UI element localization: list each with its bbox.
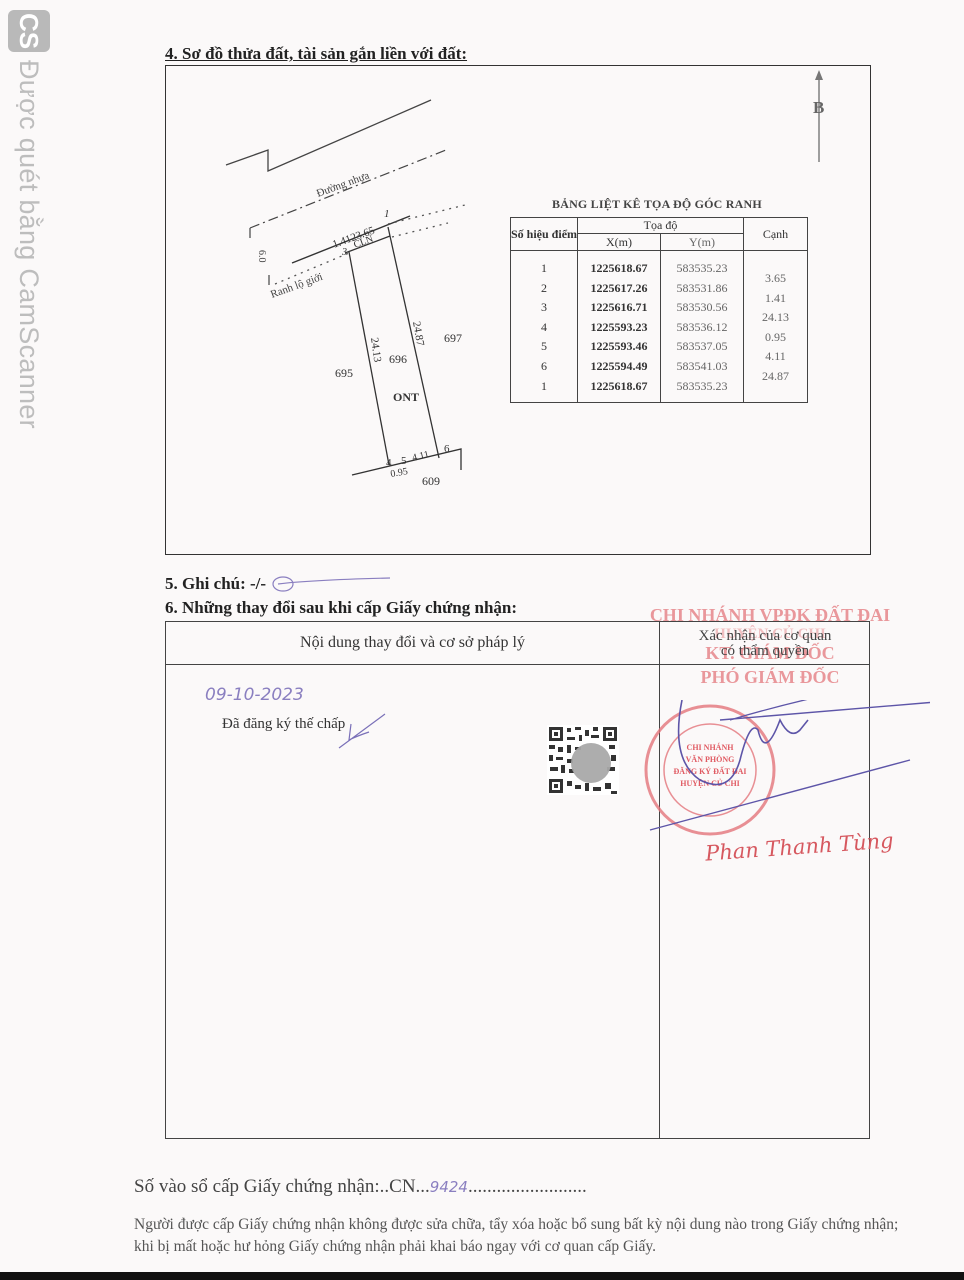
col-y-cell: 583535.23 [661,377,743,397]
north-arrow-icon: B [813,70,824,162]
col-y-cell: 583541.03 [661,357,743,377]
col-edge-cell: 3.65 [744,269,807,289]
registration-number: 9424 [430,1178,468,1196]
point-3-label: 3 [341,247,347,258]
col-x-cell: 1225594.49 [578,357,660,377]
registration-label: Số vào sổ cấp Giấy chứng nhận: [134,1176,380,1197]
col-edge-cell: 24.87 [744,367,807,387]
col-y-cell: 583536.12 [661,318,743,338]
point-5-label: 5 [401,455,407,467]
bottom-right-dim: 4.11 [411,449,430,464]
point-6-label: 6 [444,443,450,455]
col-x-cell: 1225617.26 [578,279,660,299]
registration-prefix: CN [389,1176,415,1197]
seal-text-1: CHI NHÁNH [687,742,735,752]
col-y-cell: 583537.05 [661,337,743,357]
header-coords: Tọa độ [578,218,744,234]
bottom-left-dim: 0.95 [390,466,409,480]
road-label: Đường nhựa [315,170,371,200]
col-points-cell: 3 [511,298,577,318]
section6-title: 6. Những thay đổi sau khi cấp Giấy chứng… [165,598,517,618]
neighbor-bottom: 609 [422,474,440,488]
legal-notice: Người được cấp Giấy chứng nhận không đượ… [134,1214,914,1258]
col-y-cell: 583530.56 [661,298,743,318]
col-y-cell: 583531.86 [661,279,743,299]
authority-confirm-header: Xác nhận của cơ quan có thẩm quyền [661,624,869,659]
boundary-label: Ranh lộ giới [269,271,325,301]
section5-note: 5. Ghi chú: -/- [165,574,266,594]
coord-table: Số hiệu điểm Tọa độ Cạnh X(m) Y(m) 12345… [510,217,808,403]
col-points-cell: 6 [511,357,577,377]
entry-date: 09-10-2023 [205,685,304,705]
col-points-cell: 5 [511,337,577,357]
col-points: 1234561 [511,251,578,403]
neighbor-right: 697 [444,331,462,345]
parcel-diagram: B Đường nhựa 6.0 Ranh lộ giới 1.4123.65 … [0,0,964,570]
initial-pen-mark [335,710,395,750]
col-points-cell: 4 [511,318,577,338]
header-point: Số hiệu điểm [511,218,578,251]
scan-edge [0,1272,964,1280]
col-edge-cell: 1.41 [744,289,807,309]
parcel-number: 696 [389,352,407,366]
col-x-cell: 1225618.67 [578,259,660,279]
road-width: 6.0 [256,250,267,263]
note-pen-stroke [270,572,400,594]
col-points-cell: 1 [511,259,577,279]
col-x-cell: 1225616.71 [578,298,660,318]
right-side-length: 24.87 [410,320,426,347]
header-edge: Cạnh [744,218,808,251]
changes-content-header: Nội dung thay đổi và cơ sở pháp lý [166,622,659,664]
registration-number-line: Số vào sổ cấp Giấy chứng nhận:..CN...942… [134,1176,587,1198]
col-edge-cell: 4.11 [744,347,807,367]
col-points-cell: 1 [511,377,577,397]
col-x-values: 1225618.671225617.261225616.711225593.23… [578,251,661,403]
col-x-cell: 1225593.46 [578,337,660,357]
header-x: X(m) [578,234,661,251]
seal-text-2: VĂN PHÒNG [686,754,735,764]
qr-code [547,725,619,795]
col-x-cell: 1225593.23 [578,318,660,338]
neighbor-left: 695 [335,366,353,380]
col-edge-cell: 0.95 [744,328,807,348]
left-side-length: 24.13 [368,337,383,364]
col-edges: 3.651.4124.130.954.1124.87 [744,251,808,403]
entry-text: Đã đăng ký thế chấp [222,716,345,733]
land-use-code: ONT [393,390,419,404]
col-x-cell: 1225618.67 [578,377,660,397]
col-edge-cell: 24.13 [744,308,807,328]
north-label: B [813,98,824,117]
col-y-cell: 583535.23 [661,259,743,279]
coord-table-title: BẢNG LIỆT KÊ TỌA ĐỘ GÓC RANH [552,197,762,212]
col-y-values: 583535.23583531.86583530.56583536.125835… [661,251,744,403]
point-1-label: 1 [384,208,390,220]
point-4-label: 4 [386,457,392,469]
header-y: Y(m) [661,234,744,251]
col-points-cell: 2 [511,279,577,299]
